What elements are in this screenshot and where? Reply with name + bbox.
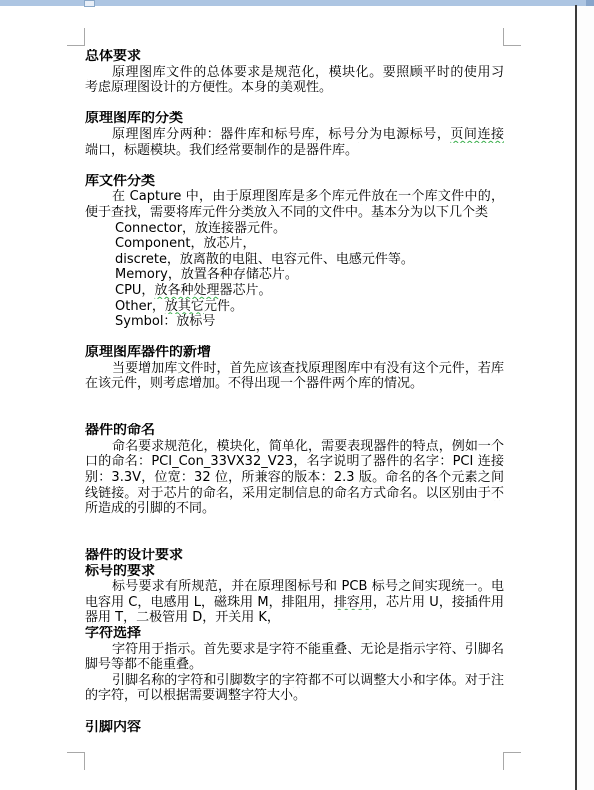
text-line: 当要增加库文件时，首先应该查找原理图库中有没有这个元件，若库中不存 xyxy=(85,361,504,377)
text-run: Connector，放连接器元件。 xyxy=(115,221,286,236)
text-run: 便于查找，需要将库元件分类放入不同的文件中。基本分为以下几个类别： xyxy=(85,205,488,221)
text-run: 当要增加库文件时，首先应该查找原理图库中有没有这个元件，若库中不存 xyxy=(85,361,504,377)
spellcheck-flagged-text: 排容用 xyxy=(334,595,373,610)
text-run: 器芯片。 xyxy=(219,283,271,298)
margin-crop-mark-bottom-left xyxy=(67,752,85,770)
margin-crop-mark-bottom-right xyxy=(503,752,521,770)
text-run: 的字符，可以根据需要调整字符大小。 xyxy=(85,688,306,703)
text-line: 考虑原理图设计的方便性。本身的美观性。 xyxy=(85,80,504,96)
document-content[interactable]: 总体要求原理图库文件的总体要求是规范化，模块化。要照顾平时的使用习惯，以及考虑原… xyxy=(85,49,504,735)
text-run: 标号要求有所规范，并在原理图标号和 PCB 标号之间实现统一。电阻用 R， xyxy=(85,579,504,595)
spellcheck-flagged-text: 放其它 xyxy=(165,299,204,314)
section-heading: 器件的命名 xyxy=(85,423,504,439)
text-run: 元件。 xyxy=(204,299,243,314)
text-run: CPU， xyxy=(115,283,154,298)
text-line: 引脚名称的字符和引脚数字的字符都不可以调整大小和字体。对于注释所用 xyxy=(85,673,504,689)
text-line: discrete，放离散的电阻、电容元件、电感元件等。 xyxy=(85,252,504,268)
text-run: 引脚名称的字符和引脚数字的字符都不可以调整大小和字体。对于注释所用 xyxy=(85,673,504,689)
text-line: 电容用 C，电感用 L，磁珠用 M，排阻用，排容用，芯片用 U，接插件用 J，变… xyxy=(85,595,504,611)
text-line: 原理图库文件的总体要求是规范化，模块化。要照顾平时的使用习惯，以及 xyxy=(85,65,504,81)
window-chrome-icon xyxy=(84,0,95,7)
text-run: 别：3.3V，位宽：32 位，所兼容的版本：2.3 版。命名的各个元素之间只用下… xyxy=(85,470,504,486)
blank-line xyxy=(85,517,504,548)
section-heading: 字符选择 xyxy=(85,626,504,642)
text-line: 在 Capture 中，由于原理图库是多个库元件放在一个库文件中的，所以为了 xyxy=(85,189,504,205)
text-run: 原理图库文件的总体要求是规范化，模块化。要照顾平时的使用习惯，以及 xyxy=(85,65,504,81)
paragraph: 在 Capture 中，由于原理图库是多个库元件放在一个库文件中的，所以为了便于… xyxy=(85,189,504,220)
paragraph: 原理图库分两种：器件库和标号库，标号分为电源标号，页间连接符，模块端口，标题模块… xyxy=(85,127,504,158)
text-line: 脚号等都不能重叠。 xyxy=(85,657,504,673)
section-heading: 引脚内容 xyxy=(85,720,504,736)
text-line: 所造成的引脚的不同。 xyxy=(85,501,504,517)
section-heading: 器件的设计要求 xyxy=(85,548,504,564)
text-run: 线链接。对于芯片的命名，采用定制信息的命名方式命名。以区别由于不同封装 xyxy=(85,486,504,502)
margin-crop-mark-top-right xyxy=(503,28,521,46)
section-heading: 总体要求 xyxy=(85,49,504,65)
text-run: 在 Capture 中，由于原理图库是多个库元件放在一个库文件中的，所以为了 xyxy=(85,189,504,205)
text-line: 原理图库分两种：器件库和标号库，标号分为电源标号，页间连接符，模块 xyxy=(85,127,504,143)
text-line: 口的命名：PCI_Con_33VX32_V23，名字说明了器件的名字：PCI 连… xyxy=(85,454,504,470)
blank-line xyxy=(85,330,504,346)
text-line: Other，放其它元件。 xyxy=(85,299,504,315)
text-run: 端口，标题模块。我们经常要制作的是器件库。 xyxy=(85,143,358,158)
section-heading: 原理图库器件的新增 xyxy=(85,345,504,361)
text-run: Memory，放置各种存储芯片。 xyxy=(115,267,298,282)
blank-line xyxy=(85,158,504,174)
text-run: discrete，放离散的电阻、电容元件、电感元件等。 xyxy=(115,252,414,267)
category-list: Connector，放连接器元件。Component，放芯片，discrete，… xyxy=(85,221,504,330)
text-line: 在该元件，则考虑增加。不得出现一个器件两个库的情况。 xyxy=(85,376,504,392)
text-run: 在该元件，则考虑增加。不得出现一个器件两个库的情况。 xyxy=(85,376,423,391)
text-line: 的字符，可以根据需要调整字符大小。 xyxy=(85,688,504,704)
margin-crop-mark-top-left xyxy=(67,28,85,46)
section-heading: 原理图库的分类 xyxy=(85,111,504,127)
text-line: Connector，放连接器元件。 xyxy=(85,221,504,237)
text-line: 器用 T，二极管用 D，开关用 K， xyxy=(85,610,504,626)
section-heading: 库文件分类 xyxy=(85,174,504,190)
text-run: 原理图库分两种：器件库和标号库，标号分为电源标号， xyxy=(112,127,450,142)
text-line: Symbol：放标号 xyxy=(85,314,504,330)
text-line: 线链接。对于芯片的命名，采用定制信息的命名方式命名。以区别由于不同封装 xyxy=(85,486,504,502)
page-outside-area xyxy=(577,6,594,790)
text-run: 字符用于指示。首先要求是字符不能重叠、无论是指示字符、引脚名称、引 xyxy=(85,642,504,658)
blank-line xyxy=(85,96,504,112)
section-heading: 标号的要求 xyxy=(85,564,504,580)
text-line: 命名要求规范化，模块化，简单化，需要表现器件的特点，例如一个 PCI 接 xyxy=(85,439,504,455)
paragraph: 引脚名称的字符和引脚数字的字符都不可以调整大小和字体。对于注释所用的字符，可以根… xyxy=(85,673,504,704)
text-run: 电容用 C，电感用 L，磁珠用 M，排阻用， xyxy=(85,595,334,610)
spellcheck-flagged-text: 放各种处理 xyxy=(154,283,219,298)
text-line: 便于查找，需要将库元件分类放入不同的文件中。基本分为以下几个类别： xyxy=(85,205,504,221)
paragraph: 字符用于指示。首先要求是字符不能重叠、无论是指示字符、引脚名称、引脚号等都不能重… xyxy=(85,642,504,673)
text-line: 端口，标题模块。我们经常要制作的是器件库。 xyxy=(85,143,504,159)
text-line: Component，放芯片， xyxy=(85,236,504,252)
text-line: 字符用于指示。首先要求是字符不能重叠、无论是指示字符、引脚名称、引 xyxy=(85,642,504,658)
blank-line xyxy=(85,392,504,423)
text-run: 脚号等都不能重叠。 xyxy=(85,657,202,672)
paragraph: 命名要求规范化，模块化，简单化，需要表现器件的特点，例如一个 PCI 接口的命名… xyxy=(85,439,504,517)
page-right-edge xyxy=(575,5,577,790)
paragraph: 标号要求有所规范，并在原理图标号和 PCB 标号之间实现统一。电阻用 R，电容用… xyxy=(85,579,504,626)
text-run: Component，放芯片， xyxy=(115,236,255,251)
text-run: 器用 T，二极管用 D，开关用 K， xyxy=(85,610,280,625)
text-run: 口的命名：PCI_Con_33VX32_V23，名字说明了器件的名字：PCI 连… xyxy=(85,454,504,470)
text-line: 别：3.3V，位宽：32 位，所兼容的版本：2.3 版。命名的各个元素之间只用下… xyxy=(85,470,504,486)
text-run: 所造成的引脚的不同。 xyxy=(85,501,215,516)
text-line: 标号要求有所规范，并在原理图标号和 PCB 标号之间实现统一。电阻用 R， xyxy=(85,579,504,595)
paragraph: 当要增加库文件时，首先应该查找原理图库中有没有这个元件，若库中不存在该元件，则考… xyxy=(85,361,504,392)
paragraph: 原理图库文件的总体要求是规范化，模块化。要照顾平时的使用习惯，以及考虑原理图设计… xyxy=(85,65,504,96)
text-run: 命名要求规范化，模块化，简单化，需要表现器件的特点，例如一个 PCI 接 xyxy=(85,439,504,455)
text-run: Symbol：放标号 xyxy=(115,314,215,329)
text-run: 考虑原理图设计的方便性。本身的美观性。 xyxy=(85,80,332,95)
text-run: Other， xyxy=(115,299,165,314)
text-line: Memory，放置各种存储芯片。 xyxy=(85,267,504,283)
blank-line xyxy=(85,704,504,720)
text-line: CPU，放各种处理器芯片。 xyxy=(85,283,504,299)
